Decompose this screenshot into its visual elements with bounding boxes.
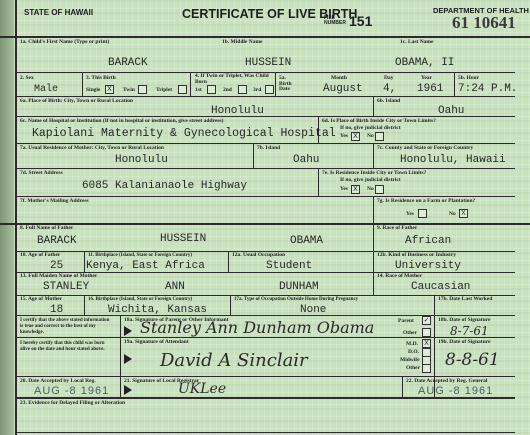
arrow-icon bbox=[124, 326, 132, 336]
mother-occupation-label: 17a. Type of Occupation Outside Home Dur… bbox=[234, 297, 358, 302]
md-label: M.D. bbox=[406, 342, 418, 348]
mother-middle-value: ANN bbox=[165, 282, 185, 293]
single-label: Single bbox=[86, 88, 100, 94]
divider bbox=[373, 196, 374, 223]
midwife-label: Midwife bbox=[400, 358, 420, 364]
residence-city-label: 7a. Usual Residence of Mother: City, Tow… bbox=[20, 146, 164, 152]
street-value: 6085 Kalanianaole Highway bbox=[82, 181, 247, 192]
month-value: August bbox=[323, 84, 363, 95]
birth-judicial-label: If no, give judicial district bbox=[340, 126, 401, 132]
residence-city-value: Honolulu bbox=[115, 155, 168, 166]
other-attendant-label: Other bbox=[406, 366, 420, 372]
sex-label: 2. Sex bbox=[20, 76, 34, 82]
divider bbox=[15, 315, 515, 316]
twin-triplet-label: 4. If Twin or Triplet, Was Child Born bbox=[195, 74, 273, 85]
md-checkbox[interactable]: X bbox=[422, 339, 431, 348]
third-born-label: 3rd bbox=[253, 88, 261, 94]
mother-first-value: STANLEY bbox=[43, 282, 89, 293]
residence-no-label: No bbox=[367, 187, 374, 193]
birth-yes-checkbox[interactable]: X bbox=[351, 132, 360, 141]
residence-inside-limits-label: 7e. Is Residence Inside City or Town Lim… bbox=[322, 171, 426, 177]
father-middle-value: HUSSEIN bbox=[160, 234, 206, 245]
first-name-value: BARACK bbox=[108, 58, 148, 69]
single-checkbox[interactable]: X bbox=[105, 85, 114, 94]
informant-date: 8-7-61 bbox=[450, 324, 489, 338]
attendant-date-label: 19b. Date of Signature bbox=[438, 340, 490, 346]
other-informant-label: Other bbox=[403, 331, 417, 337]
father-birthplace-label: 11. Birthplace (Island, State or Foreign… bbox=[88, 253, 192, 258]
birth-city-label: 6a. Place of Birth: City, Town or Rural … bbox=[20, 99, 133, 105]
mother-birthplace-label: 16. Birthplace (Island, State or Foreign… bbox=[88, 297, 192, 302]
twin-checkbox[interactable] bbox=[138, 85, 147, 94]
divider bbox=[15, 376, 435, 377]
hour-value: 7:24 P.M. bbox=[458, 84, 517, 95]
father-name-label: 8. Full Name of Father bbox=[20, 226, 73, 232]
birth-island-label: 6b. Island bbox=[377, 99, 400, 105]
twin-label: Twin bbox=[123, 88, 135, 94]
file-number-label: FILE NUMBER bbox=[324, 16, 346, 26]
local-reg-date-stamp: AUG -8 1961 bbox=[34, 385, 109, 397]
first-born-checkbox[interactable] bbox=[207, 85, 216, 94]
triplet-checkbox[interactable] bbox=[178, 85, 187, 94]
birth-city-value: Honolulu bbox=[211, 106, 264, 117]
birth-date-label: 5a. Birth Date bbox=[279, 76, 299, 93]
divider bbox=[275, 72, 276, 96]
attendant-date: 8-8-61 bbox=[445, 350, 500, 370]
evidence-label: 23. Evidence for Delayed Filing or Alter… bbox=[20, 401, 125, 407]
attendant-signature-label: 19a. Signature of Attendant bbox=[124, 340, 189, 346]
residence-judicial-label: If no, give judicial district bbox=[340, 178, 401, 184]
middle-name-value: HUSSEIN bbox=[245, 58, 291, 69]
this-birth-label: 3. This Birth bbox=[86, 76, 116, 82]
file-number: 151 bbox=[349, 13, 372, 29]
divider bbox=[15, 397, 515, 399]
divider bbox=[84, 295, 85, 315]
mother-age-value: 18 bbox=[50, 305, 63, 316]
father-race-label: 9. Race of Father bbox=[377, 226, 417, 232]
farm-no-label: No bbox=[449, 212, 456, 218]
hospital-value: Kapiolani Maternity & Gynecological Hosp… bbox=[32, 128, 336, 140]
father-race-value: African bbox=[405, 236, 451, 247]
farm-yes-label: Yes bbox=[406, 212, 414, 218]
farm-label: 7g. Is Residence on a Farm or Plantation… bbox=[377, 199, 475, 205]
residence-island-label: 7b. Island bbox=[257, 146, 280, 152]
second-born-checkbox[interactable] bbox=[238, 85, 247, 94]
farm-no-checkbox[interactable]: X bbox=[459, 209, 468, 218]
father-first-value: BARACK bbox=[37, 236, 77, 247]
father-last-value: OBAMA bbox=[290, 236, 323, 247]
informant-certification: I certify that the above stated informat… bbox=[20, 318, 110, 337]
divider bbox=[230, 295, 231, 315]
arrow-icon bbox=[124, 354, 132, 364]
do-label: D.O. bbox=[408, 350, 419, 356]
father-age-value: 25 bbox=[50, 261, 63, 272]
reg-general-stamp: AUG -8 1961 bbox=[418, 385, 493, 397]
parent-checkbox[interactable]: ✓ bbox=[422, 316, 431, 325]
birth-island-value: Oahu bbox=[438, 106, 464, 117]
mother-age-label: 15. Age of Mother bbox=[20, 297, 62, 303]
other-informant-checkbox[interactable] bbox=[422, 328, 431, 337]
divider bbox=[318, 168, 319, 196]
parent-label: Parent bbox=[398, 319, 414, 325]
residence-county-value: Honolulu, Hawaii bbox=[400, 155, 506, 166]
divider bbox=[15, 96, 515, 97]
mother-occupation-value: None bbox=[300, 305, 326, 316]
birth-certificate: STATE OF HAWAII CERTIFICATE OF LIVE BIRT… bbox=[0, 0, 530, 435]
reg-general-label: 22. Date Accepted by Reg. General bbox=[406, 379, 487, 385]
local-registrar-signature[interactable]: UKLee bbox=[178, 381, 226, 397]
year-label: Year bbox=[421, 76, 432, 82]
second-born-label: 2nd bbox=[223, 88, 232, 94]
mother-last-value: DUNHAM bbox=[279, 282, 319, 293]
divider bbox=[15, 337, 515, 338]
scan-edge bbox=[0, 0, 14, 435]
sex-value: Male bbox=[34, 85, 58, 95]
birth-yes-label: Yes bbox=[340, 134, 348, 140]
attendant-certification: I hereby certify that this child was bor… bbox=[20, 341, 110, 353]
divider bbox=[228, 251, 229, 272]
informant-date-label: 18b. Date of Signature bbox=[438, 318, 490, 324]
first-born-label: 1st bbox=[195, 88, 202, 94]
last-name-label: 1c. Last Name bbox=[400, 40, 433, 46]
father-age-label: 10. Age of Father bbox=[20, 253, 60, 259]
divider bbox=[15, 196, 515, 197]
divider bbox=[402, 376, 403, 397]
certificate-number: 61 10641 bbox=[452, 14, 516, 31]
local-reg-date-label: 20. Date Accepted by Local Reg. bbox=[20, 379, 96, 385]
other-attendant-checkbox[interactable] bbox=[422, 364, 431, 373]
mailing-address-label: 7f. Mother's Mailing Address bbox=[20, 199, 89, 205]
father-business-label: 12b. Kind of Business or Industry bbox=[377, 253, 456, 259]
birth-no-checkbox[interactable] bbox=[375, 132, 384, 141]
residence-yes-checkbox[interactable]: X bbox=[351, 185, 360, 194]
divider bbox=[373, 96, 374, 116]
divider bbox=[0, 223, 530, 225]
residence-county-label: 7c. County and State or Foreign Country bbox=[377, 146, 473, 152]
divider bbox=[190, 72, 191, 96]
divider bbox=[373, 143, 374, 168]
mother-name-label: 13. Full Maiden Name of Mother bbox=[20, 274, 97, 280]
residence-no-checkbox[interactable] bbox=[375, 185, 384, 194]
father-birthplace-value: Kenya, East Africa bbox=[86, 261, 205, 272]
farm-yes-checkbox[interactable] bbox=[418, 209, 427, 218]
birth-inside-limits-label: 6d. Is Place of Birth Inside City or Tow… bbox=[322, 119, 436, 125]
hospital-label: 6c. Name of Hospital or Institution (If … bbox=[20, 119, 223, 125]
mother-race-label: 14. Race of Mother bbox=[377, 274, 422, 280]
triplet-label: Triplet bbox=[156, 88, 172, 94]
state-heading: STATE OF HAWAII bbox=[24, 8, 93, 17]
divider bbox=[15, 432, 515, 433]
mother-birthplace-value: Wichita, Kansas bbox=[108, 305, 207, 316]
divider bbox=[15, 168, 515, 169]
third-born-checkbox[interactable] bbox=[265, 85, 274, 94]
divider bbox=[454, 72, 455, 96]
arrow-icon bbox=[124, 385, 132, 395]
divider bbox=[0, 36, 530, 38]
left-border bbox=[15, 0, 17, 435]
last-worked-label: 17b. Date Last Worked bbox=[438, 297, 492, 303]
day-label: Day bbox=[384, 76, 393, 82]
residence-island-value: Oahu bbox=[293, 155, 319, 166]
first-name-label: 1a. Child's First Name (Type or print) bbox=[20, 40, 109, 46]
mother-race-value: Caucasian bbox=[411, 282, 470, 293]
last-name-value: OBAMA, II bbox=[395, 58, 454, 69]
divider bbox=[84, 251, 85, 272]
year-value: 1961 bbox=[417, 84, 443, 95]
street-label: 7d. Street Address bbox=[20, 171, 63, 177]
divider bbox=[15, 143, 515, 144]
informant-signature[interactable]: Stanley Ann Dunham Obama bbox=[140, 318, 374, 337]
father-occupation-label: 12a. Usual Occupation bbox=[232, 253, 285, 259]
divider bbox=[82, 72, 83, 96]
birth-no-label: No bbox=[367, 134, 374, 140]
attendant-signature[interactable]: David A Sinclair bbox=[160, 350, 308, 371]
hour-label: 5b. Hour bbox=[458, 76, 479, 82]
middle-name-label: 1b. Middle Name bbox=[222, 40, 263, 46]
father-occupation-value: Student bbox=[266, 261, 312, 272]
residence-yes-label: Yes bbox=[340, 187, 348, 193]
divider bbox=[253, 143, 254, 168]
day-value: 4, bbox=[383, 84, 396, 95]
month-label: Month bbox=[331, 76, 347, 82]
divider bbox=[373, 272, 374, 295]
father-business-value: University bbox=[395, 261, 461, 272]
divider bbox=[120, 315, 121, 397]
divider bbox=[373, 223, 374, 272]
